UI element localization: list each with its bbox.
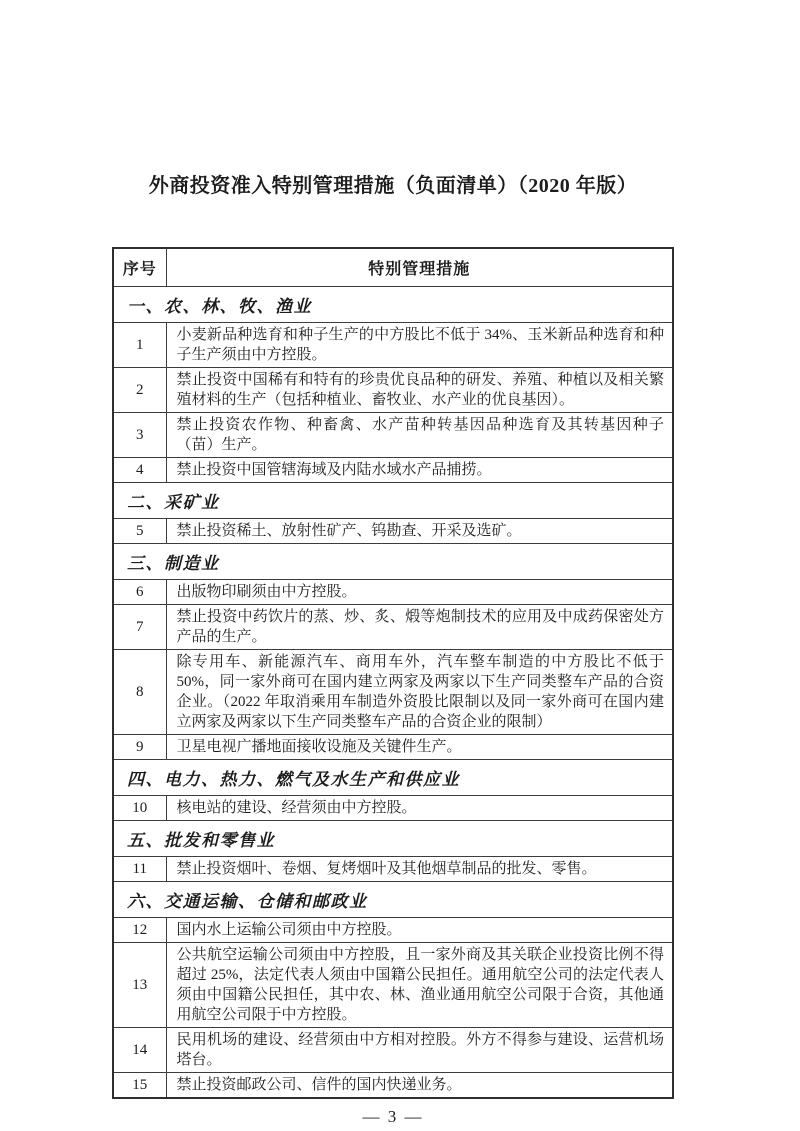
item-text: 民用机场的建设、经营须由中方相对控股。外方不得参与建设、运营机场塔台。 (166, 1028, 673, 1073)
item-text: 禁止投资中药饮片的蒸、炒、炙、煅等炮制技术的应用及中成药保密处方产品的生产。 (166, 605, 673, 650)
section-label: 四、电力、热力、燃气及水生产和供应业 (113, 760, 673, 796)
item-text: 除专用车、新能源汽车、商用车外，汽车整车制造的中方股比不低于 50%，同一家外商… (166, 650, 673, 735)
section-row: 三、制造业 (113, 544, 673, 580)
item-number: 14 (113, 1028, 166, 1073)
item-number: 8 (113, 650, 166, 735)
item-number: 10 (113, 796, 166, 821)
section-row: 四、电力、热力、燃气及水生产和供应业 (113, 760, 673, 796)
column-header-index: 序号 (113, 248, 166, 287)
item-number: 2 (113, 368, 166, 413)
item-text: 禁止投资中国稀有和特有的珍贵优良品种的研发、养殖、种植以及相关繁殖材料的生产（包… (166, 368, 673, 413)
table-row: 15禁止投资邮政公司、信件的国内快递业务。 (113, 1073, 673, 1099)
table-row: 7禁止投资中药饮片的蒸、炒、炙、煅等炮制技术的应用及中成药保密处方产品的生产。 (113, 605, 673, 650)
table-row: 1小麦新品种选育和种子生产的中方股比不低于 34%、玉米新品种选育和种子生产须由… (113, 323, 673, 368)
section-label: 一、农、林、牧、渔业 (113, 287, 673, 323)
table-row: 8除专用车、新能源汽车、商用车外，汽车整车制造的中方股比不低于 50%，同一家外… (113, 650, 673, 735)
section-label: 六、交通运输、仓储和邮政业 (113, 882, 673, 918)
table-row: 14民用机场的建设、经营须由中方相对控股。外方不得参与建设、运营机场塔台。 (113, 1028, 673, 1073)
item-text: 小麦新品种选育和种子生产的中方股比不低于 34%、玉米新品种选育和种子生产须由中… (166, 323, 673, 368)
column-header-measures: 特别管理措施 (166, 248, 673, 287)
table-row: 2禁止投资中国稀有和特有的珍贵优良品种的研发、养殖、种植以及相关繁殖材料的生产（… (113, 368, 673, 413)
item-text: 公共航空运输公司须由中方控股，且一家外商及其关联企业投资比例不得超过 25%，法… (166, 943, 673, 1028)
item-number: 15 (113, 1073, 166, 1099)
section-row: 二、采矿业 (113, 483, 673, 519)
item-number: 5 (113, 519, 166, 544)
item-text: 出版物印刷须由中方控股。 (166, 580, 673, 605)
item-text: 禁止投资农作物、种畜禽、水产苗种转基因品种选育及其转基因种子（苗）生产。 (166, 413, 673, 458)
section-row: 五、批发和零售业 (113, 821, 673, 857)
section-row: 六、交通运输、仓储和邮政业 (113, 882, 673, 918)
measures-table: 序号 特别管理措施 一、农、林、牧、渔业1小麦新品种选育和种子生产的中方股比不低… (112, 247, 674, 1099)
item-text: 国内水上运输公司须由中方控股。 (166, 918, 673, 943)
item-text: 禁止投资中国管辖海域及内陆水域水产品捕捞。 (166, 458, 673, 483)
section-label: 五、批发和零售业 (113, 821, 673, 857)
item-text: 核电站的建设、经营须由中方控股。 (166, 796, 673, 821)
section-label: 二、采矿业 (113, 483, 673, 519)
item-number: 1 (113, 323, 166, 368)
table-row: 13公共航空运输公司须由中方控股，且一家外商及其关联企业投资比例不得超过 25%… (113, 943, 673, 1028)
table-row: 6出版物印刷须由中方控股。 (113, 580, 673, 605)
table-body: 一、农、林、牧、渔业1小麦新品种选育和种子生产的中方股比不低于 34%、玉米新品… (113, 287, 673, 1099)
item-number: 9 (113, 735, 166, 760)
section-label: 三、制造业 (113, 544, 673, 580)
item-text: 禁止投资稀土、放射性矿产、钨勘查、开采及选矿。 (166, 519, 673, 544)
section-row: 一、农、林、牧、渔业 (113, 287, 673, 323)
table-row: 12国内水上运输公司须由中方控股。 (113, 918, 673, 943)
item-number: 6 (113, 580, 166, 605)
table-row: 9卫星电视广播地面接收设施及关键件生产。 (113, 735, 673, 760)
item-number: 7 (113, 605, 166, 650)
table-row: 11禁止投资烟叶、卷烟、复烤烟叶及其他烟草制品的批发、零售。 (113, 857, 673, 882)
page-number: — 3 — (112, 1107, 674, 1127)
item-number: 4 (113, 458, 166, 483)
table-row: 5禁止投资稀土、放射性矿产、钨勘查、开采及选矿。 (113, 519, 673, 544)
item-text: 禁止投资邮政公司、信件的国内快递业务。 (166, 1073, 673, 1099)
item-text: 禁止投资烟叶、卷烟、复烤烟叶及其他烟草制品的批发、零售。 (166, 857, 673, 882)
table-header-row: 序号 特别管理措施 (113, 248, 673, 287)
item-number: 3 (113, 413, 166, 458)
item-number: 12 (113, 918, 166, 943)
table-row: 10核电站的建设、经营须由中方控股。 (113, 796, 673, 821)
item-number: 13 (113, 943, 166, 1028)
table-row: 4禁止投资中国管辖海域及内陆水域水产品捕捞。 (113, 458, 673, 483)
page-title: 外商投资准入特别管理措施（负面清单）（2020 年版） (80, 172, 706, 200)
item-text: 卫星电视广播地面接收设施及关键件生产。 (166, 735, 673, 760)
item-number: 11 (113, 857, 166, 882)
document-page: 外商投资准入特别管理措施（负面清单）（2020 年版） 序号 特别管理措施 一、… (0, 0, 800, 1131)
table-row: 3禁止投资农作物、种畜禽、水产苗种转基因品种选育及其转基因种子（苗）生产。 (113, 413, 673, 458)
